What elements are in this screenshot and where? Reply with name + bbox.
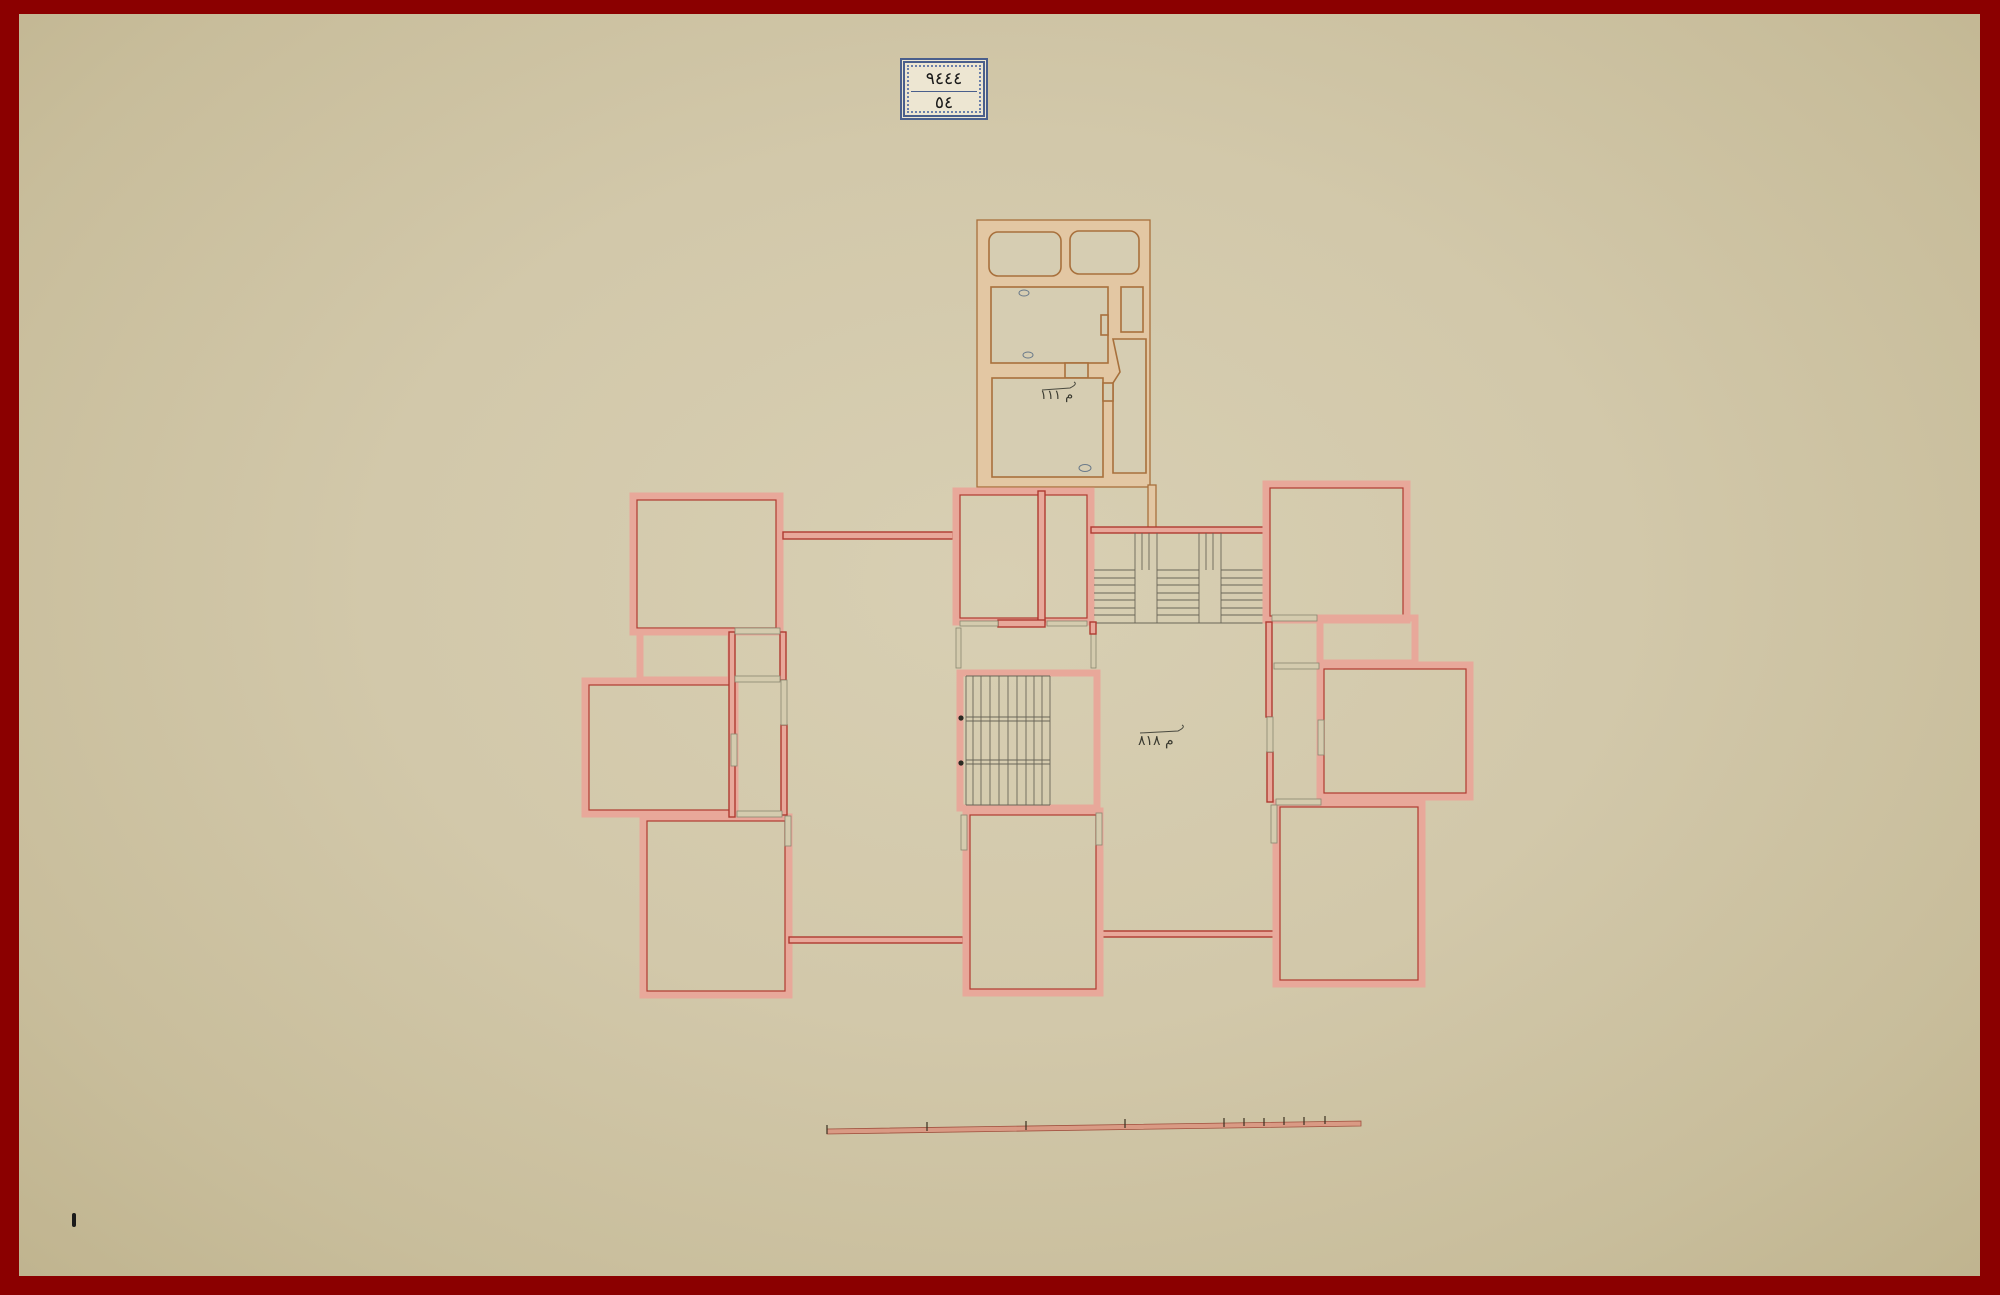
south-corridor-wall-right xyxy=(1100,931,1275,937)
central-bottom-room xyxy=(966,811,1100,993)
left-wing-small-room xyxy=(640,632,731,680)
annex-corridor xyxy=(1113,339,1146,473)
hall-annotation: م ٨١٨ xyxy=(1138,733,1174,749)
right-wing-top-room xyxy=(1266,484,1407,620)
catalog-subnumber: ٥٤ xyxy=(911,93,977,113)
south-corridor-wall-left xyxy=(789,937,963,943)
catalog-number: ٩٤٤٤ xyxy=(911,69,977,92)
central-top-rooms xyxy=(956,491,1091,622)
left-corridor-door xyxy=(781,680,787,725)
right-corridor-wall xyxy=(1266,622,1272,717)
bolt-marker xyxy=(958,760,963,765)
annex-closet xyxy=(1121,287,1143,332)
annex-door-gap xyxy=(1065,363,1088,378)
annex-room-annotation: م ١١١ xyxy=(1040,388,1073,403)
north-corridor-wall-left xyxy=(783,532,953,539)
annex-connector-wall xyxy=(1148,485,1156,528)
annex-building xyxy=(977,220,1156,528)
annex-door-gap-2 xyxy=(1103,383,1113,401)
north-staircase xyxy=(1091,527,1265,623)
central-divider-wall xyxy=(1038,491,1045,622)
catalog-label: ٩٤٤٤ ٥٤ xyxy=(900,58,988,120)
right-corridor-door xyxy=(1267,717,1273,752)
stair-top-wall xyxy=(1091,527,1265,533)
left-wing xyxy=(585,496,791,995)
left-corridor-inner-wall xyxy=(729,632,735,817)
main-building xyxy=(585,484,1470,995)
right-wing-small-room xyxy=(1320,618,1415,663)
right-wing-protruding-room xyxy=(1320,665,1470,797)
right-wing xyxy=(1266,484,1470,984)
left-corridor-door-2 xyxy=(731,734,737,766)
annex-cistern-right xyxy=(1070,231,1139,274)
left-wing-protruding-room xyxy=(585,681,735,814)
scale-bar xyxy=(827,1116,1361,1134)
floor-plan: .w { fill: #E8A89A; stroke: #B03A30; str… xyxy=(0,0,2000,1295)
annex-room-middle xyxy=(991,287,1108,363)
annex-niche xyxy=(1101,315,1108,335)
bolt-marker xyxy=(958,715,963,720)
central-staircase xyxy=(958,676,1050,805)
ink-mark xyxy=(72,1213,76,1227)
left-wing-top-room xyxy=(633,496,780,632)
annex-cistern-left xyxy=(989,232,1061,276)
left-wing-bottom-room xyxy=(643,817,789,995)
right-wing-bottom-room xyxy=(1276,803,1422,984)
hall-annotation-stroke xyxy=(1140,725,1183,733)
central-block xyxy=(956,491,1102,993)
